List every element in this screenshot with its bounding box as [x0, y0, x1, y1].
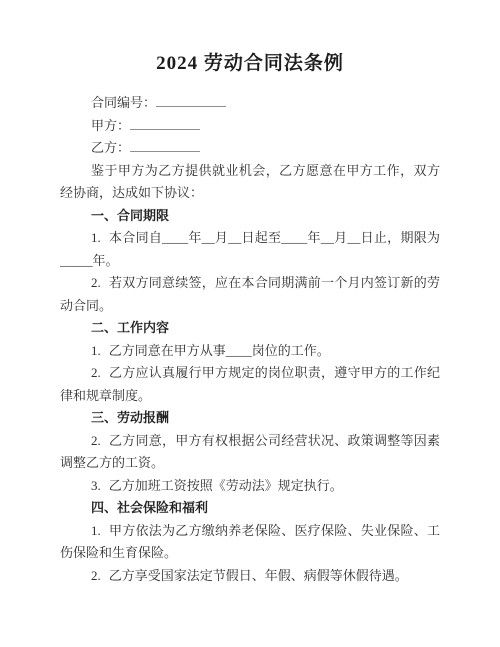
- contract-number-label: 合同编号：: [91, 95, 156, 110]
- clause-number: 2.: [91, 568, 101, 583]
- clause-number: 3.: [91, 478, 101, 493]
- section-heading-social-insurance: 四、社会保险和福利: [60, 497, 440, 520]
- clause-text: 乙方同意，甲方有权根据公司经营状况、政策调整等因素调整乙方的工资。: [60, 433, 440, 471]
- clause-number: 1.: [91, 230, 101, 245]
- field-row-party-a: 甲方：: [60, 115, 440, 138]
- field-row-party-b: 乙方：: [60, 137, 440, 160]
- clause-text: 若双方同意续签，应在本合同期满前一个月内签订新的劳动合同。: [60, 275, 440, 313]
- clause-number: 2.: [91, 433, 101, 448]
- party-b-label: 乙方：: [91, 140, 130, 155]
- party-a-blank-line: [130, 116, 200, 130]
- contract-document: 2024 劳动合同法条例 合同编号： 甲方： 乙方： 鉴于甲方为乙方提供就业机会…: [0, 0, 500, 647]
- party-b-blank-line: [130, 138, 200, 152]
- clause: 3.乙方加班工资按照《劳动法》规定执行。: [60, 475, 440, 498]
- document-title: 2024 劳动合同法条例: [60, 50, 440, 78]
- clause-text: 乙方同意在甲方从事____岗位的工作。: [109, 343, 330, 358]
- clause: 2.若双方同意续签，应在本合同期满前一个月内签订新的劳动合同。: [60, 272, 440, 317]
- clause: 2.乙方应认真履行甲方规定的岗位职责，遵守甲方的工作纪律和规章制度。: [60, 362, 440, 407]
- clause: 1.本合同自____年__月__日起至____年__月__日止，期限为_____…: [60, 227, 440, 272]
- section-heading-remuneration: 三、劳动报酬: [60, 407, 440, 430]
- clause-number: 2.: [91, 275, 101, 290]
- clause-text: 乙方应认真履行甲方规定的岗位职责，遵守甲方的工作纪律和规章制度。: [60, 365, 440, 403]
- section-heading-term: 一、合同期限: [60, 205, 440, 228]
- clause-number: 2.: [91, 365, 101, 380]
- clause-text: 甲方依法为乙方缴纳养老保险、医疗保险、失业保险、工伤保险和生育保险。: [60, 523, 440, 561]
- field-row-contract-number: 合同编号：: [60, 92, 440, 115]
- clause: 2.乙方同意，甲方有权根据公司经营状况、政策调整等因素调整乙方的工资。: [60, 430, 440, 475]
- clause: 1.乙方同意在甲方从事____岗位的工作。: [60, 340, 440, 363]
- clause-text: 乙方加班工资按照《劳动法》规定执行。: [109, 478, 343, 493]
- contract-number-blank-line: [156, 93, 226, 107]
- clause-number: 1.: [91, 523, 101, 538]
- clause-text: 本合同自____年__月__日起至____年__月__日止，期限为_____年。: [60, 230, 440, 268]
- clause: 1.甲方依法为乙方缴纳养老保险、医疗保险、失业保险、工伤保险和生育保险。: [60, 520, 440, 565]
- clause: 2.乙方享受国家法定节假日、年假、病假等休假待遇。: [60, 565, 440, 588]
- section-heading-work-content: 二、工作内容: [60, 317, 440, 340]
- clause-text: 乙方享受国家法定节假日、年假、病假等休假待遇。: [109, 568, 408, 583]
- intro-paragraph: 鉴于甲方为乙方提供就业机会，乙方愿意在甲方工作，双方经协商，达成如下协议：: [60, 160, 440, 205]
- clause-number: 1.: [91, 343, 101, 358]
- party-a-label: 甲方：: [91, 118, 130, 133]
